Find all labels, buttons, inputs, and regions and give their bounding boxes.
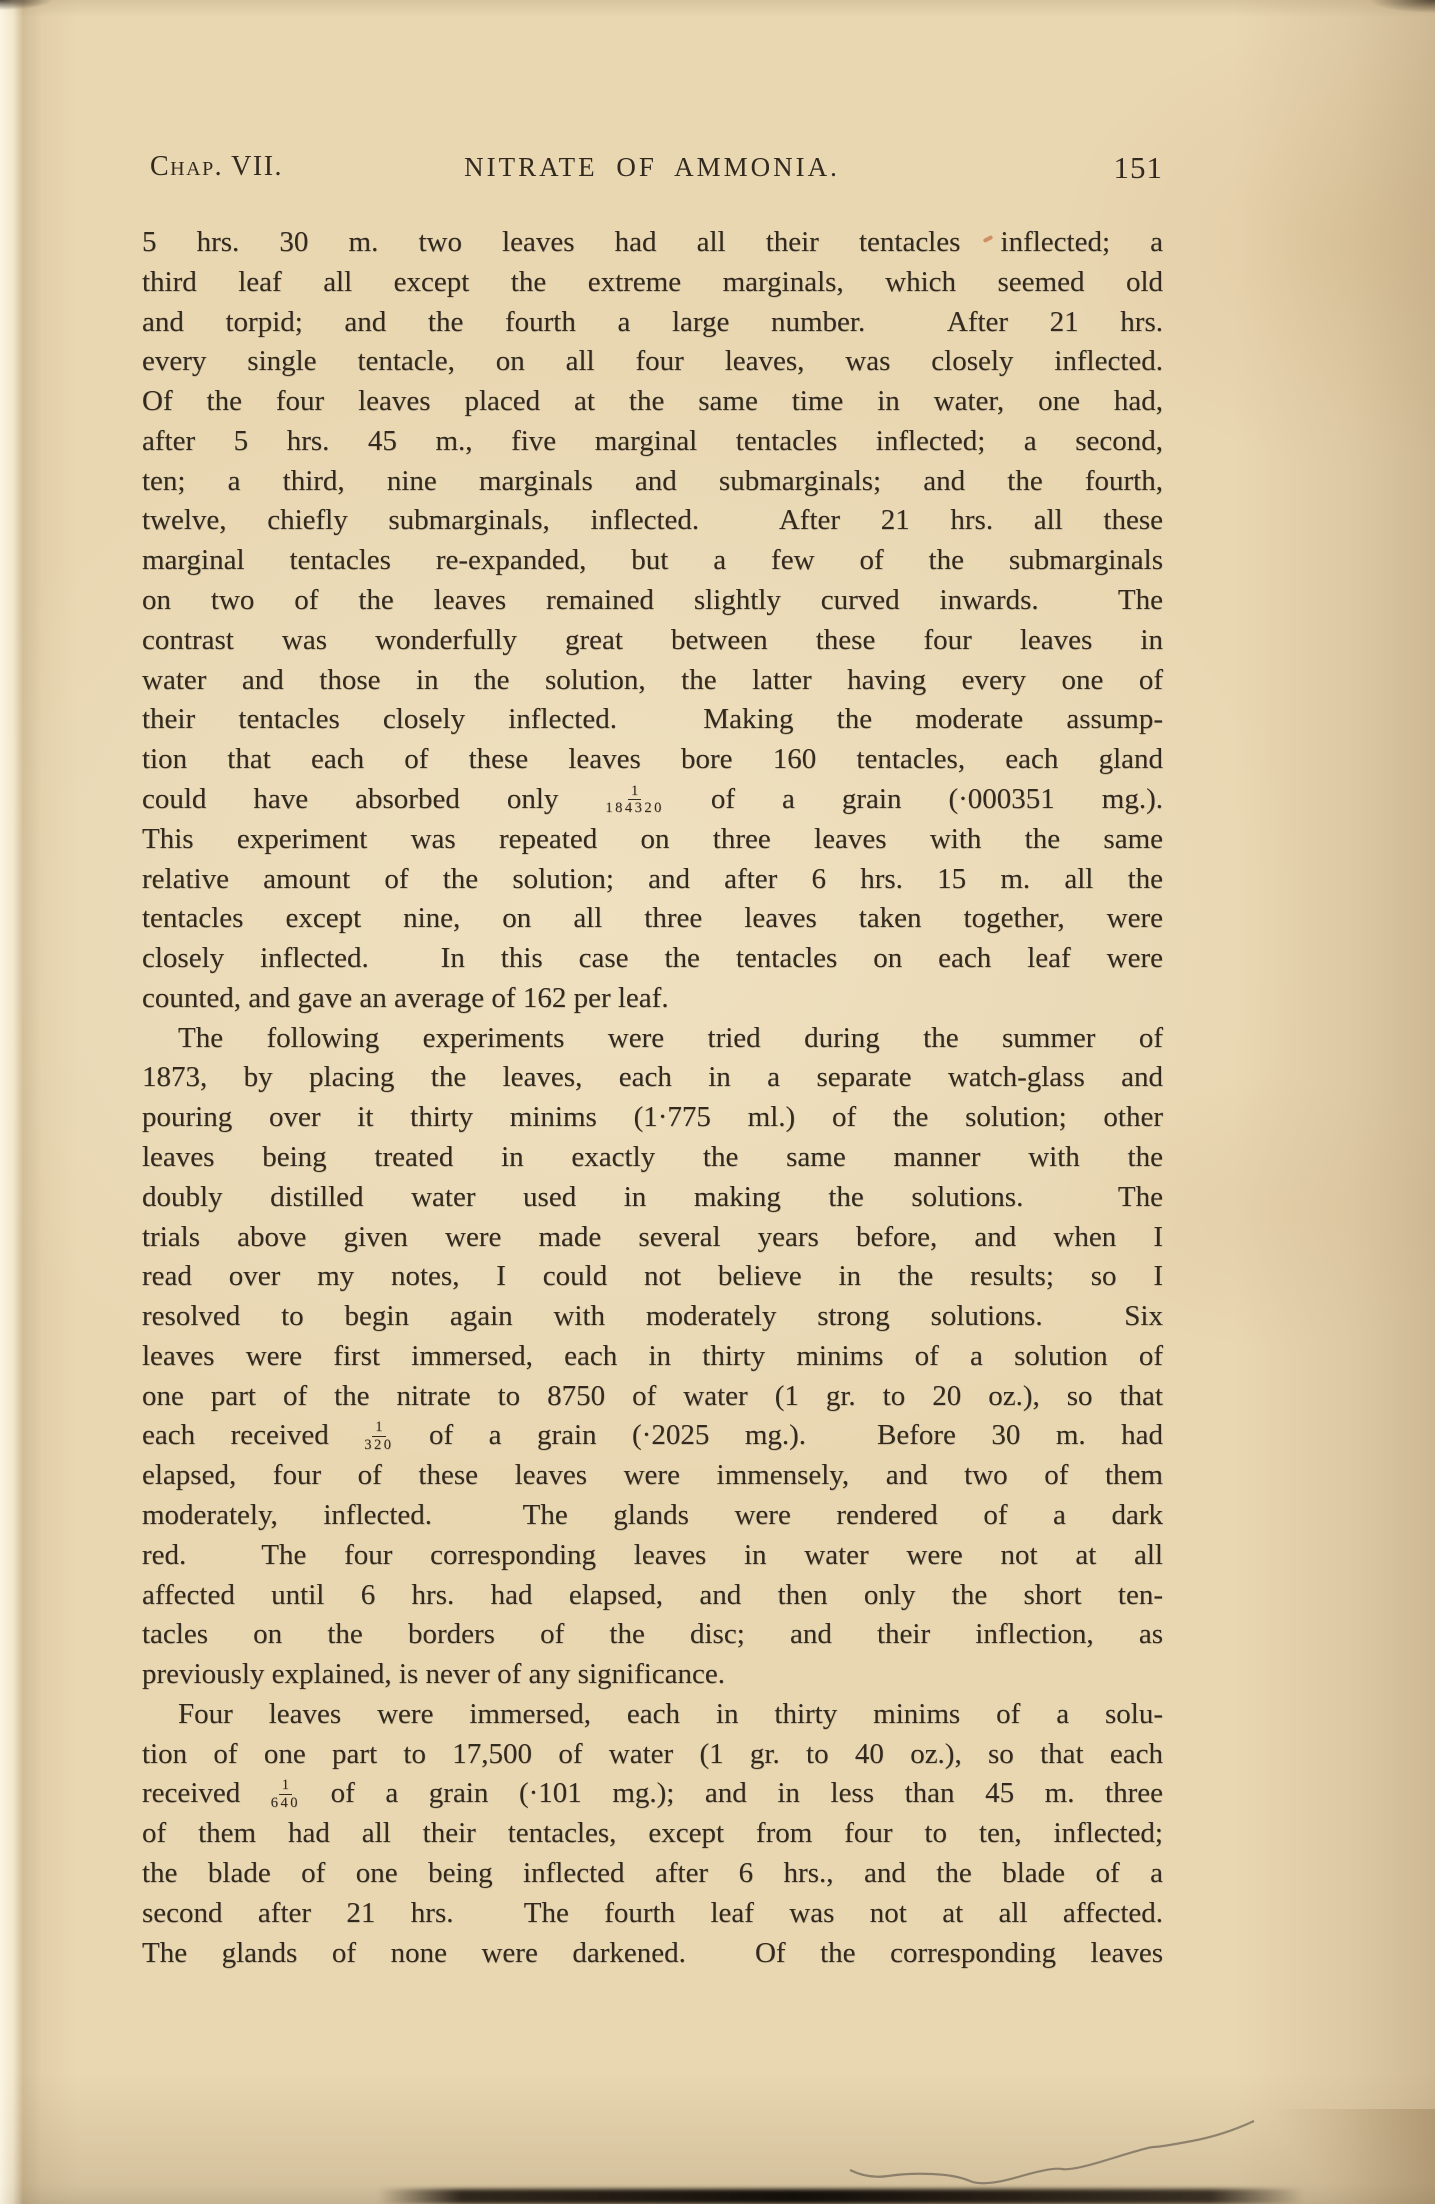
text-line: 1873, by placing the leaves, each in a s… bbox=[142, 1058, 1163, 1098]
text-line: moderately, inflected. The glands were r… bbox=[142, 1496, 1163, 1536]
book-page: Chap. VII. NITRATE OF AMMONIA. 151 5 hrs… bbox=[0, 0, 1435, 2204]
text-line: previously explained, is never of any si… bbox=[142, 1655, 1163, 1695]
chapter-label: Chap. VII. bbox=[150, 151, 283, 183]
text-line: their tentacles closely inflected. Makin… bbox=[142, 700, 1163, 740]
text-line: This experiment was repeated on three le… bbox=[142, 820, 1163, 860]
text-line: the blade of one being inflected after 6… bbox=[142, 1854, 1163, 1894]
running-header: Chap. VII. NITRATE OF AMMONIA. 151 bbox=[0, 140, 1435, 186]
text-line: received 1640 of a grain (·101 mg.); and… bbox=[142, 1774, 1163, 1814]
text-line: leaves being treated in exactly the same… bbox=[142, 1138, 1163, 1178]
text-line: after 5 hrs. 45 m., five marginal tentac… bbox=[142, 422, 1163, 462]
page-number: 151 bbox=[1114, 150, 1164, 186]
text-line: trials above given were made several yea… bbox=[142, 1218, 1163, 1258]
text-line: water and those in the solution, the lat… bbox=[142, 661, 1163, 701]
text-line: pouring over it thirty minims (1·775 ml.… bbox=[142, 1098, 1163, 1138]
text-line: elapsed, four of these leaves were immen… bbox=[142, 1456, 1163, 1496]
text-line: on two of the leaves remained slightly c… bbox=[142, 581, 1163, 621]
text-line: counted, and gave an average of 162 per … bbox=[142, 979, 1163, 1019]
text-line: contrast was wonderfully great between t… bbox=[142, 621, 1163, 661]
text-line: third leaf all except the extreme margin… bbox=[142, 263, 1163, 303]
paragraph: The following experiments were tried dur… bbox=[142, 1019, 1163, 1695]
text-line: doubly distilled water used in making th… bbox=[142, 1178, 1163, 1218]
text-line: closely inflected. In this case the tent… bbox=[142, 939, 1163, 979]
fraction: 1320 bbox=[364, 1420, 393, 1453]
text-line: resolved to begin again with moderately … bbox=[142, 1297, 1163, 1337]
text-line: could have absorbed only 1184320 of a gr… bbox=[142, 780, 1163, 820]
text-line: Four leaves were immersed, each in thirt… bbox=[142, 1695, 1163, 1735]
text-line: ten; a third, nine marginals and submarg… bbox=[142, 462, 1163, 502]
page-text: 5 hrs. 30 m. two leaves had all their te… bbox=[142, 223, 1163, 1973]
pencil-squiggle-mark bbox=[846, 2112, 1291, 2192]
text-line: one part of the nitrate to 8750 of water… bbox=[142, 1377, 1163, 1417]
paragraph: 5 hrs. 30 m. two leaves had all their te… bbox=[142, 223, 1163, 1019]
text-line: twelve, chiefly submarginals, inflected.… bbox=[142, 501, 1163, 541]
text-line: of them had all their tentacles, except … bbox=[142, 1814, 1163, 1854]
text-line: tion that each of these leaves bore 160 … bbox=[142, 740, 1163, 780]
text-line: read over my notes, I could not believe … bbox=[142, 1257, 1163, 1297]
scan-shadow-top-right bbox=[1371, 0, 1435, 13]
text-line: tacles on the borders of the disc; and t… bbox=[142, 1615, 1163, 1655]
text-line: affected until 6 hrs. had elapsed, and t… bbox=[142, 1576, 1163, 1616]
paragraph: Four leaves were immersed, each in thirt… bbox=[142, 1695, 1163, 1973]
text-line: and torpid; and the fourth a large numbe… bbox=[142, 303, 1163, 343]
fraction: 1184320 bbox=[605, 784, 664, 817]
text-line: relative amount of the solution; and aft… bbox=[142, 860, 1163, 900]
text-line: each received 1320 of a grain (·2025 mg.… bbox=[142, 1416, 1163, 1456]
text-line: The glands of none were darkened. Of the… bbox=[142, 1934, 1163, 1974]
text-line: 5 hrs. 30 m. two leaves had all their te… bbox=[142, 223, 1163, 263]
text-line: second after 21 hrs. The fourth leaf was… bbox=[142, 1894, 1163, 1934]
scan-shadow-bottom bbox=[378, 2189, 1303, 2204]
text-line: The following experiments were tried dur… bbox=[142, 1019, 1163, 1059]
fraction: 1640 bbox=[271, 1778, 300, 1811]
text-line: tion of one part to 17,500 of water (1 g… bbox=[142, 1735, 1163, 1775]
text-line: every single tentacle, on all four leave… bbox=[142, 342, 1163, 382]
text-line: marginal tentacles re-expanded, but a fe… bbox=[142, 541, 1163, 581]
text-line: Of the four leaves placed at the same ti… bbox=[142, 382, 1163, 422]
page-title: NITRATE OF AMMONIA. bbox=[464, 152, 840, 183]
text-line: tentacles except nine, on all three leav… bbox=[142, 899, 1163, 939]
scan-shadow-top-left bbox=[0, 0, 52, 10]
text-line: leaves were first immersed, each in thir… bbox=[142, 1337, 1163, 1377]
text-line: red. The four corresponding leaves in wa… bbox=[142, 1536, 1163, 1576]
